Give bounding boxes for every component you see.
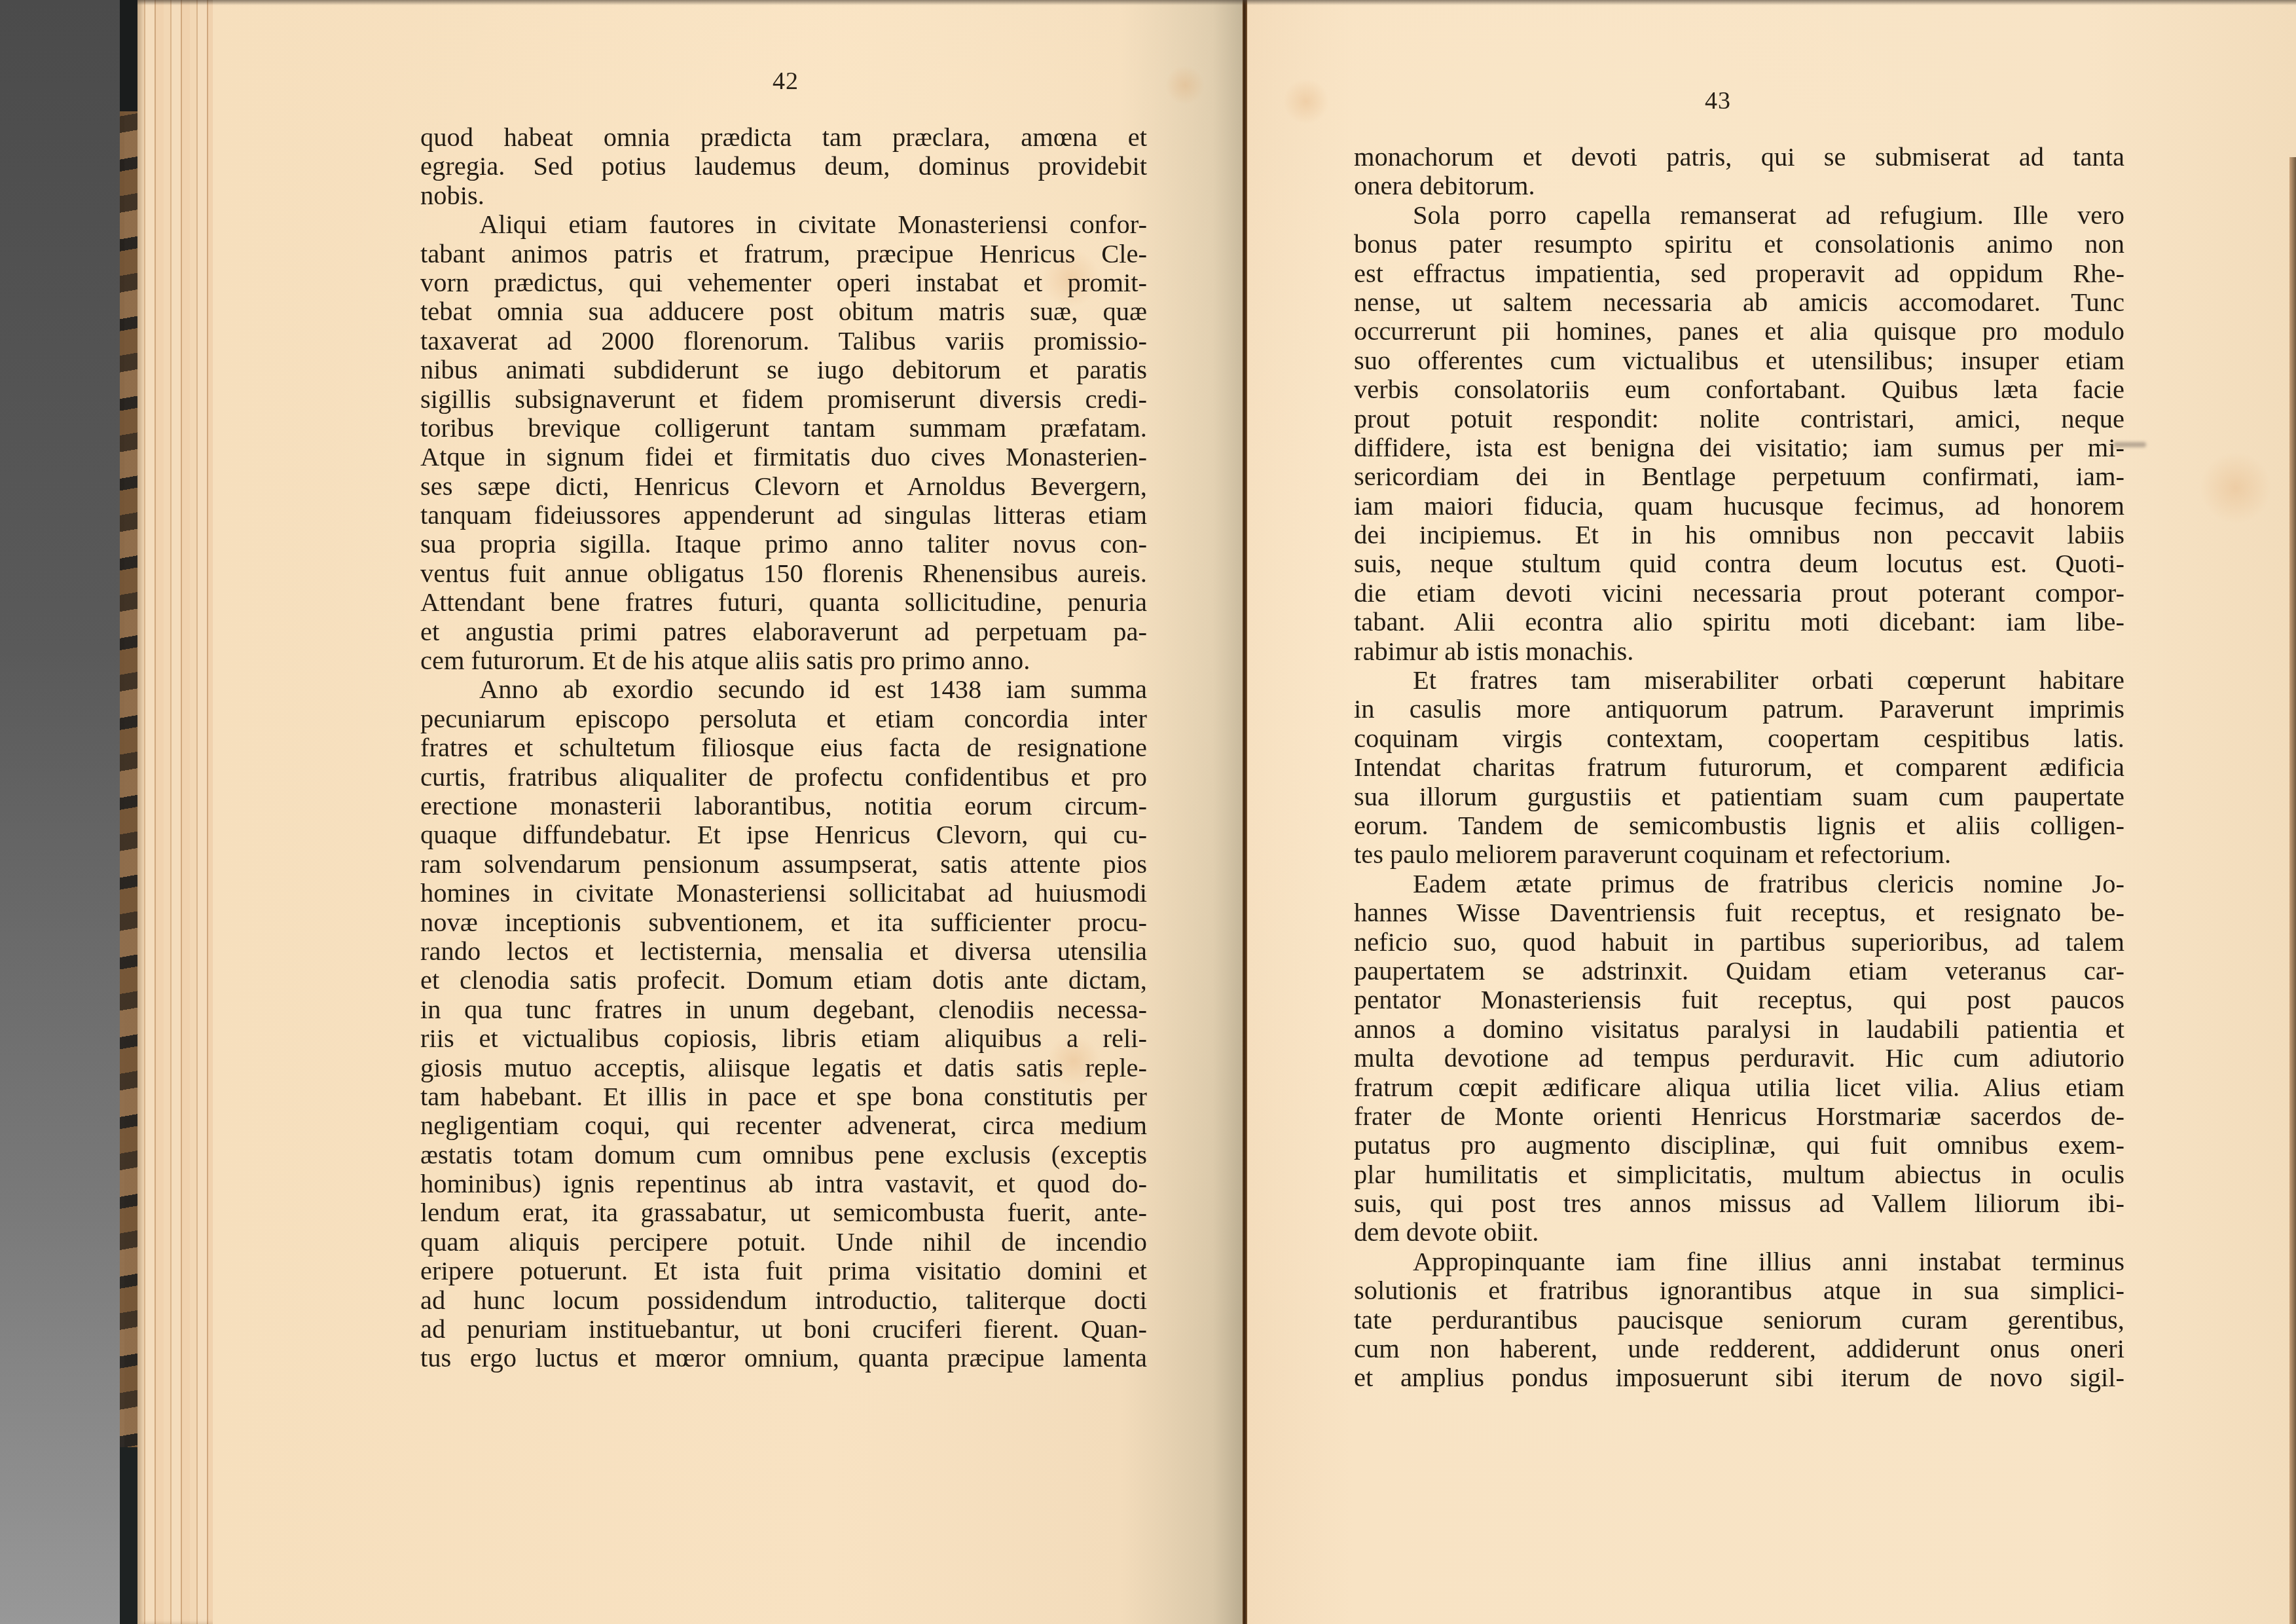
text-line: tabant animos patris et fratrum, præcipu… <box>420 240 1147 268</box>
text-line: Eadem ætate primus de fratribus clericis… <box>1354 870 2124 898</box>
foxing-stain <box>1283 79 1329 124</box>
text-line: ram solvendarum pensionum assumpserat, s… <box>420 850 1147 879</box>
text-line: tes paulo meliorem paraverunt coquinam e… <box>1354 840 2124 869</box>
text-line: quod habeat omnia prædicta tam præclara,… <box>420 123 1147 152</box>
text-line: sericordiam dei in Bentlage perpetuum co… <box>1354 462 2124 491</box>
text-line: putatus pro augmento disciplinæ, qui fui… <box>1354 1131 2124 1160</box>
text-line: in casulis more antiquorum patrum. Parav… <box>1354 695 2124 724</box>
text-line: homines in civitate Monasteriensi sollic… <box>420 879 1147 908</box>
text-line: Anno ab exordio secundo id est 1438 iam … <box>420 675 1147 704</box>
text-line: nobis. <box>420 181 1147 210</box>
text-line: multa devotione ad tempus perduravit. Hi… <box>1354 1044 2124 1073</box>
book-cover-corner-top <box>120 0 138 111</box>
text-line: Intendat charitas fratrum futurorum, et … <box>1354 753 2124 782</box>
text-line: annos a domino visitatus paralysi in lau… <box>1354 1015 2124 1044</box>
text-line: nense, ut saltem necessaria ab amicis ac… <box>1354 288 2124 317</box>
text-line: est effractus impatientia, sed properavi… <box>1354 259 2124 288</box>
foxing-stain <box>2200 452 2272 524</box>
text-line: æstatis totam domum cum omnibus pene exc… <box>420 1141 1147 1170</box>
text-line: Aliqui etiam fautores in civitate Monast… <box>420 210 1147 239</box>
top-edge-shadow <box>137 0 2296 5</box>
text-line: hominibus) ignis repentinus ab intra vas… <box>420 1170 1147 1198</box>
text-line: Appropinquante iam fine illius anni inst… <box>1354 1247 2124 1276</box>
text-line: prout potuit respondit: nolite contrista… <box>1354 405 2124 434</box>
text-line: fratrum cœpit ædificare aliqua utilia li… <box>1354 1073 2124 1102</box>
text-line: ad penuriam instituebantur, ut boni cruc… <box>420 1315 1147 1344</box>
text-line: eripere potuerunt. Et ista fuit prima vi… <box>420 1257 1147 1285</box>
text-line: hannes Wisse Daventriensis fuit receptus… <box>1354 898 2124 927</box>
text-line: fratres et schultetum filiosque eius fac… <box>420 733 1147 762</box>
text-line: dei incipiemus. Et in his omnibus non pe… <box>1354 521 2124 549</box>
scan-background <box>0 0 124 1624</box>
text-line: suis, qui post tres annos missus ad Vall… <box>1354 1189 2124 1218</box>
book-cover-marbled-edge <box>120 0 138 1624</box>
text-line: riis et victualibus copiosis, libris eti… <box>420 1024 1147 1053</box>
text-line: diffidere, ista est benigna dei visitati… <box>1354 434 2124 462</box>
text-line: ad hunc locum possidendum introductio, t… <box>420 1286 1147 1315</box>
text-line: pentator Monasteriensis fuit receptus, q… <box>1354 986 2124 1014</box>
text-line: suis, neque stultum quid contra deum loc… <box>1354 549 2124 578</box>
text-line: tate perdurantibus paucisque seniorum cu… <box>1354 1306 2124 1335</box>
text-line: tabant. Alii econtra alio spiritu moti d… <box>1354 608 2124 637</box>
text-line: ventus fuit annue obligatus 150 florenis… <box>420 559 1147 588</box>
text-line: Et fratres tam miserabiliter orbati cœpe… <box>1354 666 2124 695</box>
text-line: tus ergo luctus et mœror omnium, quanta … <box>420 1344 1147 1373</box>
foxing-stain <box>1165 65 1205 105</box>
text-line: Attendant bene fratres futuri, quanta so… <box>420 588 1147 617</box>
text-line: eorum. Tandem de semicombustis lignis et… <box>1354 811 2124 840</box>
right-page-edge <box>2289 157 2296 1624</box>
text-line: dem devote obiit. <box>1354 1218 2124 1247</box>
page-number-right: 43 <box>1705 86 1731 115</box>
text-line: cem futurorum. Et de his atque aliis sat… <box>420 646 1147 675</box>
text-line: plar humilitatis et simplicitatis, multu… <box>1354 1160 2124 1189</box>
text-line: onera debitorum. <box>1354 172 2124 200</box>
text-line: tebat omnia sua adducere post obitum mat… <box>420 297 1147 326</box>
text-line: neficio suo, quod habuit in partibus sup… <box>1354 928 2124 957</box>
text-line: paupertatem se adstrinxit. Quidam etiam … <box>1354 957 2124 986</box>
text-line: rabimur ab istis monachis. <box>1354 637 2124 666</box>
text-line: negligentiam coqui, qui recenter advener… <box>420 1111 1147 1140</box>
text-line: Sola porro capella remanserat ad refugiu… <box>1354 201 2124 230</box>
text-line: novæ inceptionis subventionem, et ita su… <box>420 908 1147 937</box>
left-page-text: quod habeat omnia prædicta tam præclara,… <box>420 123 1147 1373</box>
text-line: solutionis et fratribus ignorantibus atq… <box>1354 1276 2124 1305</box>
text-line: egregia. Sed potius laudemus deum, domin… <box>420 152 1147 181</box>
text-line: ses sæpe dicti, Henricus Clevorn et Arno… <box>420 472 1147 501</box>
text-line: quam aliquis percipere potuit. Unde nihi… <box>420 1228 1147 1257</box>
text-line: die etiam devoti vicini necessaria prout… <box>1354 579 2124 608</box>
text-line: et amplius pondus imposuerunt sibi iteru… <box>1354 1363 2124 1392</box>
text-line: tanquam fideiussores appenderunt ad sing… <box>420 501 1147 530</box>
text-line: suo offerentes cum victualibus et utensi… <box>1354 346 2124 375</box>
text-line: giosis mutuo acceptis, aliisque legatis … <box>420 1054 1147 1082</box>
page-number-left: 42 <box>773 67 799 96</box>
text-line: nibus animati subdiderunt se iugo debito… <box>420 356 1147 384</box>
text-line: occurrerunt pii homines, panes et alia q… <box>1354 317 2124 346</box>
text-line: taxaverat ad 2000 florenorum. Talibus va… <box>420 327 1147 356</box>
text-line: coquinam virgis contextam, coopertam ces… <box>1354 724 2124 753</box>
text-line: frater de Monte orienti Henricus Horstma… <box>1354 1102 2124 1131</box>
text-line: bonus pater resumpto spiritu et consolat… <box>1354 230 2124 259</box>
text-line: sigillis subsignaverunt et fidem promise… <box>420 385 1147 414</box>
text-line: cum non haberent, unde redderent, addide… <box>1354 1335 2124 1363</box>
text-line: tam habebant. Et illis in pace et spe bo… <box>420 1082 1147 1111</box>
text-line: toribus brevique colligerunt tantam summ… <box>420 414 1147 443</box>
text-line: pecuniarum episcopo persoluta et etiam c… <box>420 705 1147 733</box>
text-line: sua illorum gurgustiis et patientiam sua… <box>1354 783 2124 811</box>
text-line: Atque in signum fidei et firmitatis duo … <box>420 443 1147 471</box>
text-line: monachorum et devoti patris, qui se subm… <box>1354 143 2124 172</box>
text-line: sua propria sigilla. Itaque primo anno t… <box>420 530 1147 559</box>
right-page-text: monachorum et devoti patris, qui se subm… <box>1354 143 2124 1393</box>
text-line: in qua tunc fratres in unum degebant, cl… <box>420 995 1147 1024</box>
book-gutter <box>1243 0 1247 1624</box>
page-edges-stack <box>137 0 213 1624</box>
text-line: rando lectos et lectisternia, mensalia e… <box>420 937 1147 966</box>
book-cover-corner-bottom <box>120 1447 138 1624</box>
text-line: et clenodia satis profecit. Domum etiam … <box>420 966 1147 995</box>
text-line: iam maiori fiducia, quam hucusque fecimu… <box>1354 492 2124 521</box>
text-line: et angustia primi patres elaboraverunt a… <box>420 618 1147 646</box>
text-line: quaque diffundebatur. Et ipse Henricus C… <box>420 821 1147 849</box>
text-line: verbis consolatoriis eum confortabant. Q… <box>1354 375 2124 404</box>
text-line: lendum erat, ita grassabatur, ut semicom… <box>420 1198 1147 1227</box>
text-line: erectione monasterii laborantibus, notit… <box>420 792 1147 821</box>
text-line: vorn prædictus, qui vehementer operi ins… <box>420 268 1147 297</box>
text-line: curtis, fratribus aliqualiter de profect… <box>420 763 1147 792</box>
